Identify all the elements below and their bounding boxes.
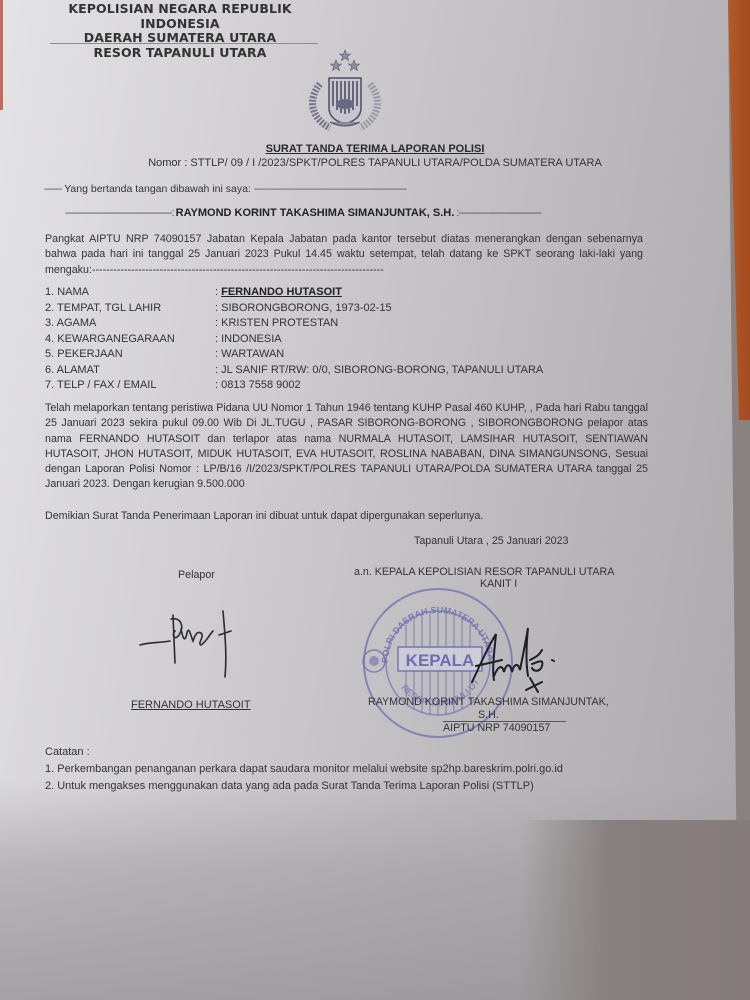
officer-line: ----------------------------------------… xyxy=(65,207,541,219)
field-value-nama: : FERNANDO HUTASOIT xyxy=(215,285,342,301)
place-date: Tapanuli Utara , 25 Januari 2023 xyxy=(414,535,568,547)
officer-dashes-left: ----------------------------------------… xyxy=(65,207,176,219)
officer-rank-nrp: AIPTU NRP 74090157 xyxy=(443,722,550,734)
reporter-role-label: Pelapor xyxy=(178,569,215,581)
field-label: 4. KEWARGANEGARAAN xyxy=(45,332,215,348)
document-number: Nomor : STTLP/ 09 / I /2023/SPKT/POLRES … xyxy=(0,157,750,169)
closing-statement: Demikian Surat Tanda Penerimaan Laporan … xyxy=(45,510,483,522)
letterhead-divider xyxy=(50,43,318,44)
field-value: : KRISTEN PROTESTAN xyxy=(215,316,338,332)
officer-name: RAYMOND KORINT TAKASHIMA SIMANJUNTAK, S.… xyxy=(176,207,455,219)
intro-text: Yang bertanda tangan dibawah ini saya: xyxy=(61,183,253,195)
field-row-citizenship: 4. KEWARGANEGARAAN: INDONESIA xyxy=(45,332,543,348)
officer-title-suffix: S.H. xyxy=(478,709,499,721)
field-value: : JL SANIF RT/RW: 0/0, SIBORONG-BORONG, … xyxy=(215,363,543,379)
field-value: : WARTAWAN xyxy=(215,347,284,363)
intro-dashes-left: ------- xyxy=(44,183,61,195)
field-row-nama: 1. NAMA: FERNANDO HUTASOIT xyxy=(45,285,543,301)
field-row-birth: 2. TEMPAT, TGL LAHIR: SIBORONGBORONG, 19… xyxy=(45,301,543,317)
field-label: 5. PEKERJAAN xyxy=(45,347,215,363)
field-label: 7. TELP / FAX / EMAIL xyxy=(45,378,215,394)
background-edge xyxy=(0,0,3,110)
note-item-1: 1. Perkembangan penanganan perkara dapat… xyxy=(45,763,563,775)
report-body-paragraph: Telah melaporkan tentang peristiwa Pidan… xyxy=(45,401,648,493)
field-label: 3. AGAMA xyxy=(45,316,215,332)
note-item-2: 2. Untuk mengakses menggunakan data yang… xyxy=(45,780,534,792)
field-value: : 0813 7558 9002 xyxy=(215,378,301,394)
intro-line: ------- Yang bertanda tangan dibawah ini… xyxy=(44,183,406,195)
background-shadow xyxy=(520,820,750,1000)
field-label: 2. TEMPAT, TGL LAHIR xyxy=(45,301,215,317)
officer-dashes-right: :------------------------------- xyxy=(454,207,541,219)
officer-signature xyxy=(468,620,588,700)
field-value: : SIBORONGBORONG, 1973-02-15 xyxy=(215,301,392,317)
stamp-center-text: KEPALA xyxy=(406,651,475,670)
intro-dashes-right: ----------------------------------------… xyxy=(254,183,406,195)
statement-paragraph: Pangkat AIPTU NRP 74090157 Jabatan Kepal… xyxy=(45,232,643,278)
notes-heading: Catatan : xyxy=(45,746,90,758)
reporter-identity-list: 1. NAMA: FERNANDO HUTASOIT 2. TEMPAT, TG… xyxy=(45,285,543,394)
officer-on-behalf: a.n. KEPALA KEPOLISIAN RESOR TAPANULI UT… xyxy=(354,566,614,578)
field-label: 1. NAMA xyxy=(45,285,215,301)
document-title: SURAT TANDA TERIMA LAPORAN POLISI xyxy=(0,143,750,155)
letterhead-line-1: KEPOLISIAN NEGARA REPUBLIK INDONESIA xyxy=(38,2,322,31)
polri-emblem-icon xyxy=(300,48,390,132)
field-row-religion: 3. AGAMA: KRISTEN PROTESTAN xyxy=(45,316,543,332)
field-row-address: 6. ALAMAT: JL SANIF RT/RW: 0/0, SIBORONG… xyxy=(45,363,543,379)
officer-signature-name: RAYMOND KORINT TAKASHIMA SIMANJUNTAK, xyxy=(368,696,609,708)
field-label: 6. ALAMAT xyxy=(45,363,215,379)
field-row-occupation: 5. PEKERJAAN: WARTAWAN xyxy=(45,347,543,363)
field-row-contact: 7. TELP / FAX / EMAIL: 0813 7558 9002 xyxy=(45,378,543,394)
field-value: : INDONESIA xyxy=(215,332,282,348)
reporter-signature xyxy=(135,605,265,685)
reporter-name: FERNANDO HUTASOIT xyxy=(131,699,251,711)
letterhead-line-3: RESOR TAPANULI UTARA xyxy=(38,46,322,61)
letterhead: KEPOLISIAN NEGARA REPUBLIK INDONESIA DAE… xyxy=(38,2,322,60)
